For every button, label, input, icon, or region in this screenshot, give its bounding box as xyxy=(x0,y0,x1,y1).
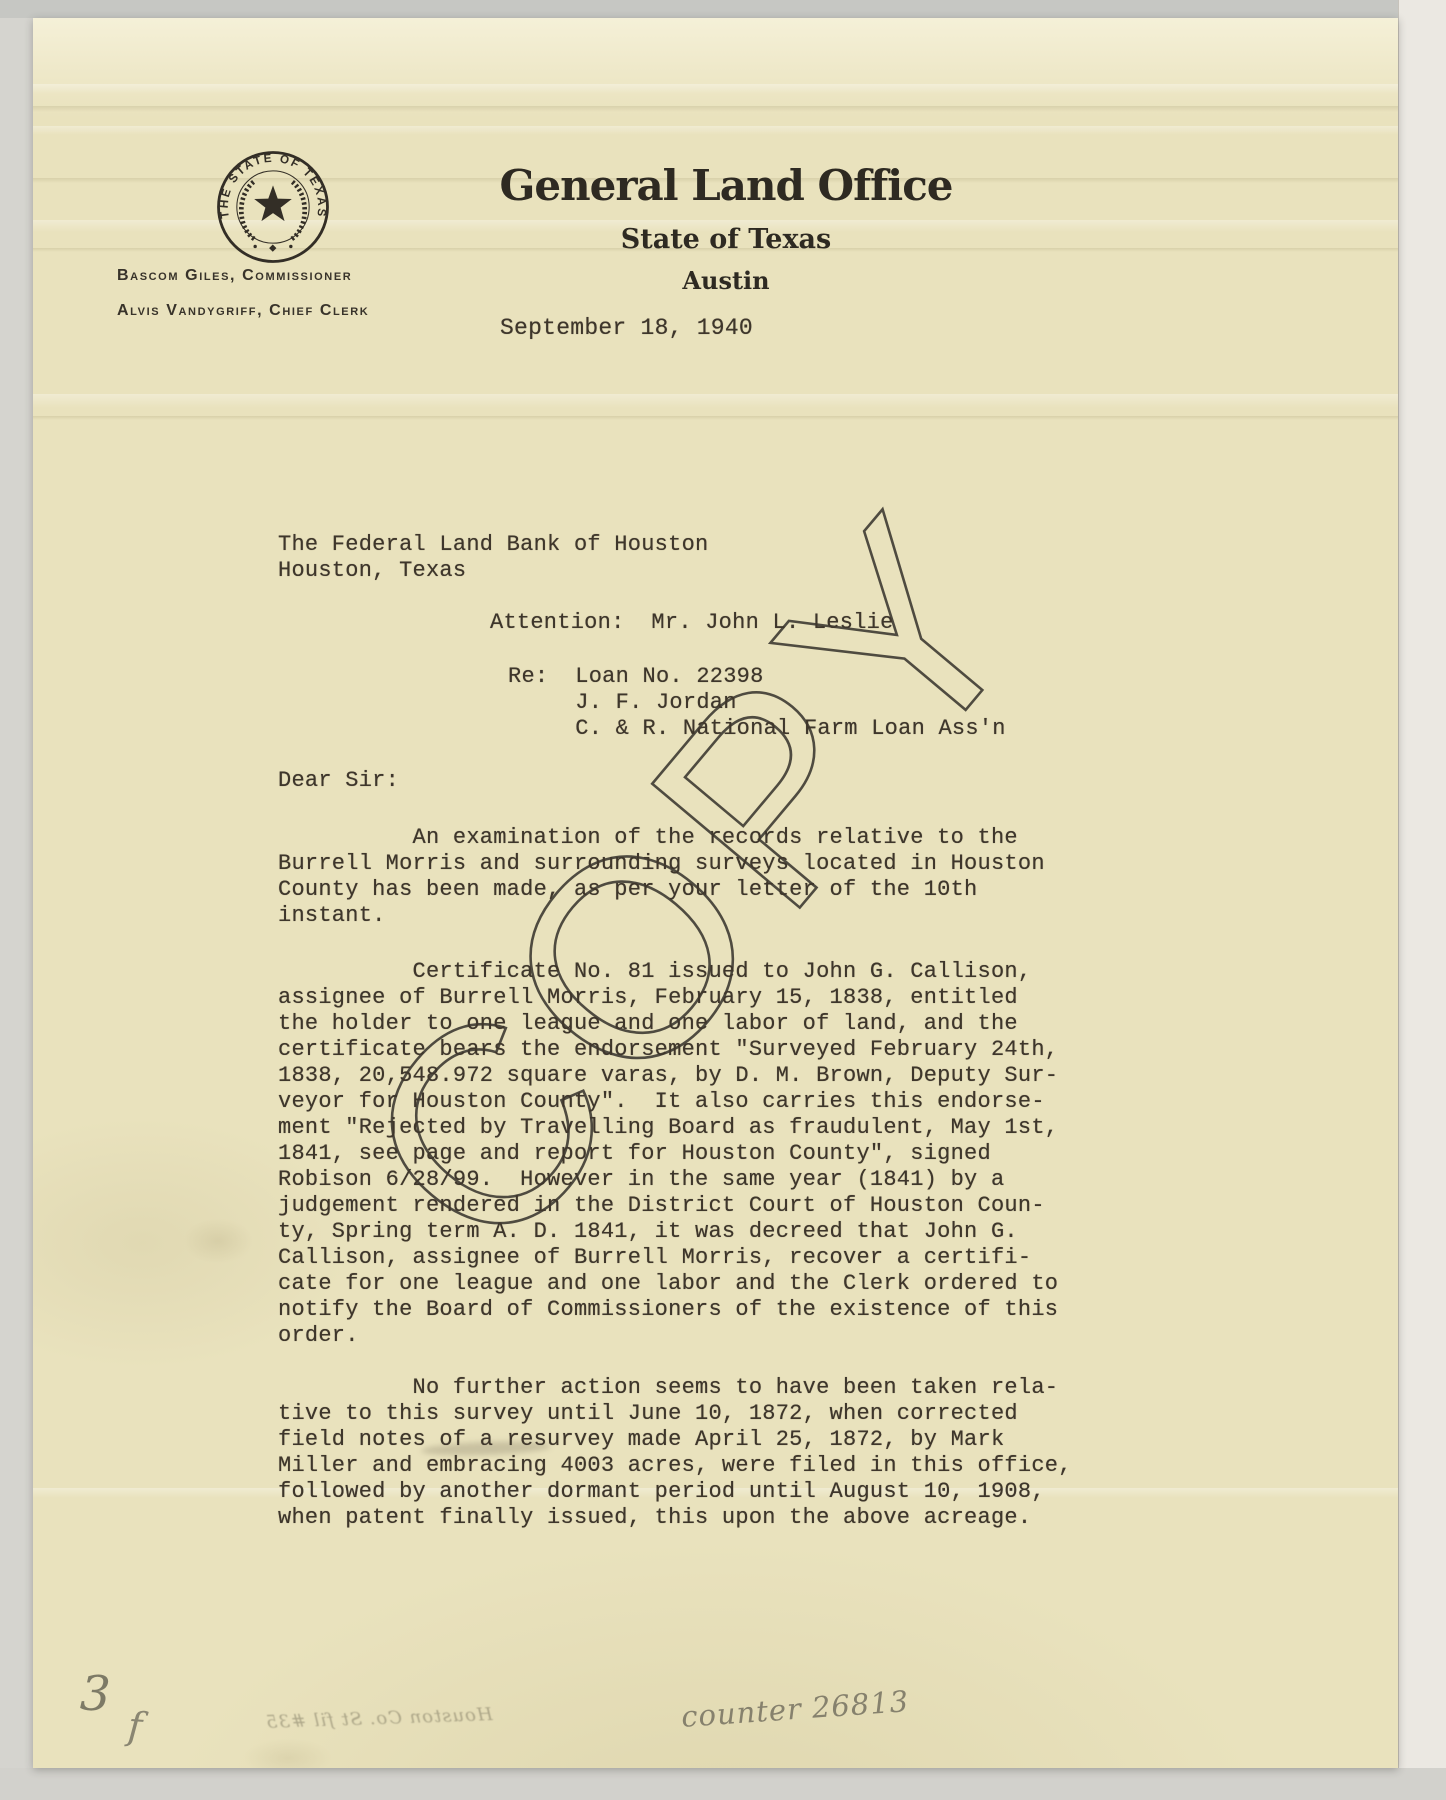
paper-stain xyxy=(243,1738,333,1768)
reference-block: Re: Loan No. 22398 J. F. Jordan C. & R. … xyxy=(508,664,1006,742)
recipient-org: The Federal Land Bank of Houston xyxy=(278,532,708,558)
seal-dot xyxy=(253,245,256,248)
date-line: September 18, 1940 xyxy=(500,315,753,341)
paper-crease xyxy=(33,416,1398,420)
paper-crease xyxy=(33,394,1398,408)
attention-line: Attention: Mr. John L. Leslie xyxy=(490,610,894,636)
texas-state-seal-graphic: THE STATE OF TEXAS xyxy=(211,145,335,269)
letterhead-state-line: State of Texas xyxy=(426,224,1026,256)
letterhead-commissioner: Bascom Giles, Commissioner xyxy=(117,267,352,285)
body-paragraph-3: No further action seems to have been tak… xyxy=(278,1375,1072,1531)
seal-diamond xyxy=(269,244,276,251)
letterhead-chief-clerk: Alvis Vandygriff, Chief Clerk xyxy=(117,302,369,320)
pencil-page-number: 3 xyxy=(79,1665,111,1722)
seal-wreath-left-icon xyxy=(241,181,255,239)
seal-star-icon xyxy=(254,185,292,221)
pencil-counter-note: counter 26813 xyxy=(680,1684,910,1734)
paper-stain xyxy=(183,1218,253,1264)
body-paragraph-1: An examination of the records relative t… xyxy=(278,825,1045,929)
seal-wreath-right-icon xyxy=(291,181,305,239)
letterhead-agency-title: General Land Office xyxy=(426,162,1026,210)
paper-crease xyxy=(33,126,1398,135)
scanner-background-bottom xyxy=(0,1768,1446,1800)
scanner-background-top xyxy=(0,0,1446,18)
seal-dot xyxy=(289,245,292,248)
scanner-background-right xyxy=(1398,0,1446,1800)
letter-page: THE STATE OF TEXAS General Land Office S… xyxy=(33,18,1398,1768)
scanned-letter: THE STATE OF TEXAS General Land Office S… xyxy=(0,0,1446,1800)
paper-crease xyxy=(33,106,1398,112)
bleedthrough-annotation: Houston Co. St fil #35 xyxy=(265,1704,493,1733)
salutation: Dear Sir: xyxy=(278,768,399,794)
pencil-file-letter: f xyxy=(126,1704,143,1749)
recipient-city: Houston, Texas xyxy=(278,558,466,584)
texas-state-seal-icon: THE STATE OF TEXAS xyxy=(211,145,335,269)
letterhead-city-line: Austin xyxy=(426,266,1026,296)
paper-crease xyxy=(33,84,1398,94)
body-paragraph-2: Certificate No. 81 issued to John G. Cal… xyxy=(278,959,1058,1349)
